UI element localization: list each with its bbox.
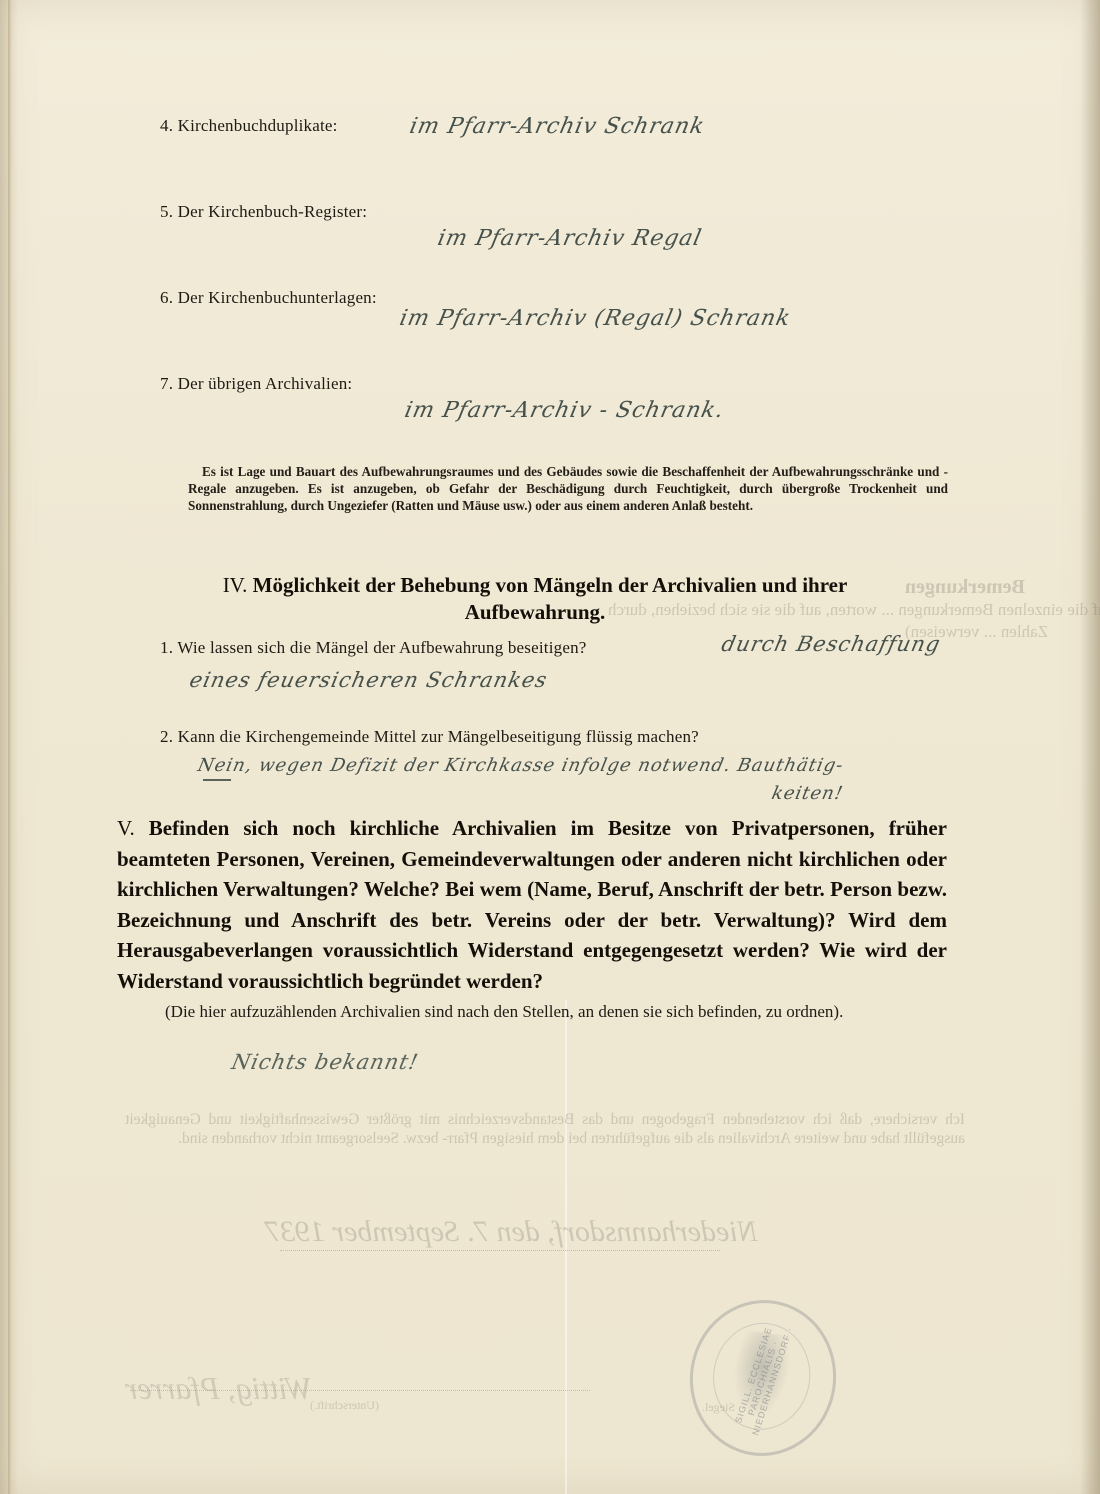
answer-underline xyxy=(203,779,231,781)
item-6: 6. Der Kirchenbuchunterlagen: xyxy=(160,288,377,308)
date-dotted-line xyxy=(280,1250,720,1251)
section-v-number: V. xyxy=(117,816,135,840)
question-iv-1: 1. Wie lassen sich die Mängel der Aufbew… xyxy=(160,638,587,658)
question-text: Wie lassen sich die Mängel der Aufbewahr… xyxy=(177,638,586,657)
question-iv-2-answer-line2: keiten! xyxy=(770,783,845,804)
item-label: Der Kirchenbuchunterlagen: xyxy=(178,288,377,307)
item-4: 4. Kirchenbuchduplikate: xyxy=(160,116,338,136)
question-iv-1-answer-line2: eines feuersicheren Schrankes xyxy=(187,668,549,692)
section-iv-heading: IV. Möglichkeit der Behebung von Mängeln… xyxy=(175,572,895,626)
scanned-page: Bemerkungen (Auf die einzelnen Bemerkung… xyxy=(0,0,1100,1494)
question-iv-2-answer-line1: Nein, wegen Defizit der Kirchkasse infol… xyxy=(196,755,846,776)
item-label: Der Kirchenbuch-Register: xyxy=(178,202,368,221)
instruction-note: Es ist Lage und Bauart des Aufbewahrungs… xyxy=(188,463,948,514)
signature-dotted-line xyxy=(130,1390,590,1391)
item-number: 5. xyxy=(160,202,173,221)
item-label: Kirchenbuchduplikate: xyxy=(178,116,338,135)
section-iv-number: IV. xyxy=(223,573,248,597)
item-5-answer: im Pfarr-Archiv Regal xyxy=(435,226,704,251)
show-through-seal-label: Siegel. xyxy=(702,1400,735,1415)
show-through-remark-heading: Bemerkungen xyxy=(905,576,1025,599)
item-4-answer: im Pfarr-Archiv Schrank xyxy=(407,114,707,139)
item-number: 4. xyxy=(160,116,173,135)
item-label: Der übrigen Archivalien: xyxy=(178,374,353,393)
item-number: 6. xyxy=(160,288,173,307)
question-number: 2. xyxy=(160,727,173,746)
parish-seal-stamp: SIGILL. ECCLESIAE PAROCHIALIS · NIEDERHA… xyxy=(680,1291,846,1466)
item-7-answer: im Pfarr-Archiv - Schrank. xyxy=(402,398,726,423)
section-v-heading: V. Befinden sich noch kirchliche Archiva… xyxy=(117,813,947,996)
instruction-note-text: Es ist Lage und Bauart des Aufbewahrungs… xyxy=(188,463,948,514)
show-through-place-date: Niederhannsdorf, den 7. September 1937 xyxy=(265,1215,758,1249)
question-number: 1. xyxy=(160,638,173,657)
section-v-answer: Nichts bekannt! xyxy=(229,1050,420,1074)
show-through-signature-label: (Unterschrift.) xyxy=(310,1398,379,1413)
binding-fold xyxy=(8,0,11,1494)
question-iv-2: 2. Kann die Kirchengemeinde Mittel zur M… xyxy=(160,727,699,747)
show-through-signature: Wittig, Pfarrer xyxy=(125,1370,312,1407)
question-text: Kann die Kirchengemeinde Mittel zur Mäng… xyxy=(178,727,699,746)
item-6-answer: im Pfarr-Archiv (Regal) Schrank xyxy=(397,306,793,331)
show-through-declaration: Ich versichere, daß ich vorstehenden Fra… xyxy=(125,1110,965,1148)
item-5: 5. Der Kirchenbuch-Register: xyxy=(160,202,367,222)
section-iv-title: Möglichkeit der Behebung von Mängeln der… xyxy=(253,573,848,624)
item-7: 7. Der übrigen Archivalien: xyxy=(160,374,352,394)
question-iv-1-answer-line1: durch Beschaffung xyxy=(719,632,943,656)
section-v-note: (Die hier aufzuzählenden Archivalien sin… xyxy=(165,1001,950,1023)
item-number: 7. xyxy=(160,374,173,393)
section-v-title: Befinden sich noch kirchliche Archivalie… xyxy=(117,816,947,993)
